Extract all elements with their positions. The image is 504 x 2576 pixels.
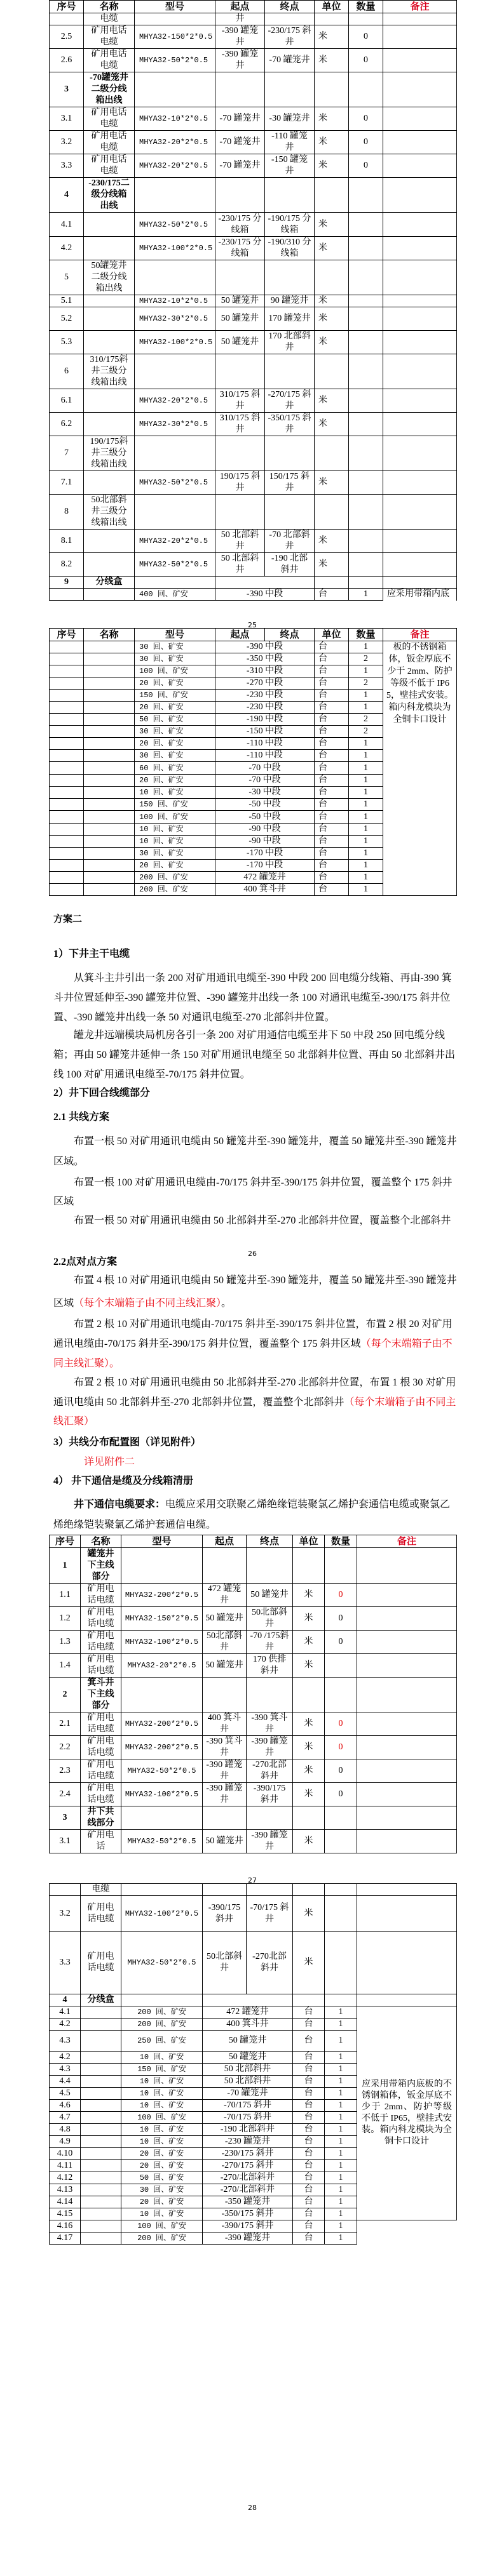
cell-remark [357, 1584, 457, 1607]
scheme2-cable-table: 序号 名称 型号 起点 终点 单位 数量 备注 1 罐笼井下主线部分 [49, 1535, 457, 1853]
section-title: 方案二 [53, 912, 458, 926]
cell-qty: 1 [349, 750, 383, 762]
section-row: 9 分线盒 [50, 577, 457, 589]
paragraph-note: （每个末端箱子由不同主线汇聚） [74, 1298, 221, 1309]
cell-model: 20 回、矿安 [121, 2196, 203, 2208]
cell-from [203, 1884, 247, 1896]
cell-to: -270北部斜井 [247, 1932, 293, 1994]
cell-qty [325, 1884, 357, 1896]
cell-to: -70 北部斜井 [265, 530, 315, 553]
cell-empty [247, 1806, 293, 1830]
cell-model: 10 回、矿安 [121, 2208, 203, 2220]
cell-name [84, 331, 135, 354]
cell-empty [349, 436, 383, 471]
cell-no [50, 811, 84, 824]
cell-from: -390 箕斗井 [203, 1736, 247, 1759]
cell-empty [293, 1548, 325, 1584]
cell-from: -230/175 分线箱 [215, 213, 265, 237]
cell-location: -90 中段 [215, 836, 315, 848]
cell-empty [215, 260, 265, 295]
cell-empty [315, 178, 349, 213]
cell-from: -70 罐笼井 [215, 154, 265, 178]
cell-unit: 米 [293, 1783, 325, 1806]
cell-no: 4.8 [50, 2124, 81, 2136]
cell-remark: 应采用带箱内底 [383, 589, 457, 601]
cell-unit: 台 [315, 589, 349, 601]
cell-section-name: 罐笼井下主线部分 [81, 1548, 121, 1584]
column-header-name: 名称 [81, 1535, 121, 1548]
cell-remark [383, 331, 457, 354]
cell-name: 矿用电话电缆 [81, 1932, 121, 1994]
cell-remark [357, 1631, 457, 1654]
cell-no: 4.1 [50, 2006, 81, 2019]
cell-remark [357, 1830, 457, 1853]
cell-name [84, 762, 135, 775]
cell-location: -270/北部斜井 [203, 2172, 293, 2184]
cell-from: 50 罐笼井 [203, 1830, 247, 1853]
cell-model: 30 回、矿安 [135, 641, 215, 653]
cell-no: 8 [50, 495, 84, 530]
cell-empty [121, 1678, 203, 1712]
cell-model: 200 回、矿安 [121, 2006, 203, 2019]
cell-qty: 1 [325, 2148, 357, 2160]
column-header-remark: 备注 [357, 1535, 457, 1548]
cell-name [84, 677, 135, 690]
table-row: 电缆 [50, 1884, 457, 1896]
paragraph: 布置一根 50 对矿用通讯电缆由 50 罐笼井至-390 罐笼井，覆盖 50 罐… [53, 1131, 458, 1172]
column-header-no: 序号 [50, 629, 84, 641]
cell-empty [383, 178, 457, 213]
cell-name: 矿用电话 [81, 1830, 121, 1853]
cell-empty [215, 354, 265, 389]
cell-empty [349, 178, 383, 213]
cell-qty: 1 [349, 872, 383, 884]
cell-empty [349, 354, 383, 389]
cell-to: -190/175 分线箱 [265, 213, 315, 237]
cell-to: -190 北部斜井 [265, 553, 315, 577]
cell-unit: 米 [293, 1584, 325, 1607]
cell-location: -350 中段 [215, 653, 315, 665]
cell-location: -350/175 斜井 [203, 2208, 293, 2220]
cell-empty [203, 1994, 293, 2006]
cell-no: 4 [50, 1994, 81, 2006]
table-row: 8.1 MHYA32-20*2*0.5 50 北部斜井 -70 北部斜井 米 [50, 530, 457, 553]
table-row: 5.3 MHYA32-100*2*0.5 50 罐笼井 170 北部斜井 米 [50, 331, 457, 354]
cell-location: 472 罐笼井 [215, 872, 315, 884]
cell-empty [293, 1806, 325, 1830]
cell-model: MHYA32-200*2*0.5 [121, 1712, 203, 1736]
paragraph: 罐龙井远端模块局机房各引一条 200 对矿用通信电缆至井下 50 中段 250 … [53, 1025, 458, 1084]
cell-model: 200 回、矿安 [135, 884, 215, 896]
page-number: 28 [240, 2504, 265, 2513]
cell-empty [247, 1678, 293, 1712]
cell-model: 50 回、矿安 [121, 2172, 203, 2184]
cell-qty: 1 [325, 2136, 357, 2148]
cell-to: -390 箕斗井 [247, 1712, 293, 1736]
cell-empty [265, 495, 315, 530]
cell-section-name: 50罐笼井二级分线箱出线 [84, 260, 135, 295]
cell-model: MHYA32-50*2*0.5 [121, 1830, 203, 1853]
table-row: 7.1 MHYA32-50*2*0.5 190/175 斜井 150/175 斜… [50, 471, 457, 495]
cell-name [84, 237, 135, 260]
cell-remark [383, 389, 457, 413]
cell-model: 30 回、矿安 [135, 750, 215, 762]
cell-to: -390/175斜井 [247, 1783, 293, 1806]
cell-remark: 应采用带箱内底板的不锈钢箱体，钣金厚底不少于 2mm、防护等级不低于 IP65，… [357, 2006, 457, 2220]
cell-name [81, 2019, 121, 2031]
cell-name [81, 2124, 121, 2136]
cell-empty [349, 495, 383, 530]
cell-remark [383, 13, 457, 25]
cell-model: 100 回、矿安 [121, 2112, 203, 2124]
cell-empty [383, 495, 457, 530]
cell-model: 200 回、矿安 [135, 872, 215, 884]
table-row: 4.1 MHYA32-50*2*0.5 -230/175 分线箱 -190/17… [50, 213, 457, 237]
cell-name [84, 787, 135, 799]
cell-qty: 1 [325, 2064, 357, 2076]
table-row: 4.16 100 回、矿安 -390/175 斜井 台 1 [50, 2220, 457, 2232]
cell-model: 20 回、矿安 [121, 2160, 203, 2172]
cell-remark [357, 1783, 457, 1806]
cell-location: -390 中段 [215, 641, 315, 653]
table-row: 4.1 200 回、矿安 472 罐笼井 台 1 应采用带箱内底板的不锈钢箱体，… [50, 2006, 457, 2019]
cell-qty: 1 [349, 799, 383, 811]
cell-no: 4.1 [50, 213, 84, 237]
cell-model [135, 13, 215, 25]
table-row: 4.17 200 回、矿安 -390 罐笼井 台 1 [50, 2232, 457, 2245]
cell-section-name: 分线盒 [81, 1994, 121, 2006]
cell-empty [349, 260, 383, 295]
column-header-remark: 备注 [383, 1, 457, 13]
table-row: 3.2 矿用电话电缆 MHYA32-100*2*0.5 -390/175 斜井 … [50, 1896, 457, 1932]
cell-to: 50北部斜井 [247, 1607, 293, 1631]
section-row: 2 箕斗井下主线部分 [50, 1678, 457, 1712]
cell-unit: 台 [293, 2148, 325, 2160]
table-row: 3.1 矿用电话 MHYA32-50*2*0.5 50 罐笼井 -390 罐笼井… [50, 1830, 457, 1853]
cell-unit [315, 13, 349, 25]
cell-remark [383, 107, 457, 131]
cell-unit: 台 [293, 2076, 325, 2088]
cell-model: MHYA32-20*2*0.5 [121, 1654, 203, 1678]
cell-qty: 2 [349, 714, 383, 726]
cell-name [81, 2184, 121, 2196]
cell-qty: 1 [349, 811, 383, 824]
cell-unit: 米 [293, 1631, 325, 1654]
cell-no [50, 775, 84, 787]
column-header-qty: 数量 [349, 629, 383, 641]
cell-empty [315, 577, 349, 589]
cell-empty [357, 1994, 457, 2006]
cell-name [84, 738, 135, 750]
cell-no: 1.3 [50, 1631, 81, 1654]
cell-model: 10 回、矿安 [135, 824, 215, 836]
paragraph-tail: 。 [221, 1298, 231, 1309]
cell-no: 4.14 [50, 2196, 81, 2208]
cell-model: 20 回、矿安 [121, 2148, 203, 2160]
cell-model: MHYA32-100*2*0.5 [135, 331, 215, 354]
cell-empty [383, 72, 457, 107]
cell-location: -230 中段 [215, 690, 315, 702]
cell-from: -390/175 斜井 [203, 1896, 247, 1932]
cell-section-name: 箕斗井下主线部分 [81, 1678, 121, 1712]
cell-unit: 台 [293, 2160, 325, 2172]
cell-qty: 1 [349, 738, 383, 750]
cell-empty [121, 1806, 203, 1830]
cell-name [84, 860, 135, 872]
cell-empty [203, 1548, 247, 1584]
cell-unit: 米 [293, 1712, 325, 1736]
cell-no [50, 787, 84, 799]
cell-location: 400 箕斗井 [203, 2019, 293, 2031]
heading-cable-inventory: 4） 井下通信是缆及分线箱清册 [53, 1474, 458, 1488]
cell-no [50, 836, 84, 848]
cell-empty [135, 436, 215, 471]
cell-no: 3 [50, 1806, 81, 1830]
table-header-row: 序号 名称 型号 起点 终点 单位 数量 备注 [50, 1535, 457, 1548]
section-row: 4 分线盒 [50, 1994, 457, 2006]
column-header-no: 序号 [50, 1535, 81, 1548]
column-header-name: 名称 [84, 1, 135, 13]
cell-unit: 米 [293, 1759, 325, 1783]
cell-to: 150/175 斜井 [265, 471, 315, 495]
cell-name [81, 2006, 121, 2019]
table-row: 2.4 矿用电话电缆 MHYA32-100*2*0.5 -390 罐笼井 -39… [50, 1783, 457, 1806]
cell-qty: 1 [349, 836, 383, 848]
cell-unit: 台 [315, 775, 349, 787]
cell-remark [383, 413, 457, 436]
cell-qty: 0 [325, 1607, 357, 1631]
cell-model: MHYA32-150*2*0.5 [135, 25, 215, 49]
cell-no [50, 750, 84, 762]
cell-name [84, 714, 135, 726]
cell-no: 4.2 [50, 2052, 81, 2064]
cell-unit: 米 [315, 530, 349, 553]
cell-unit: 台 [315, 872, 349, 884]
cell-no [50, 824, 84, 836]
cell-to: -110 罐笼井 [265, 131, 315, 154]
cell-to: -270北部斜井 [247, 1759, 293, 1783]
cell-name [81, 2031, 121, 2052]
cell-name [81, 2052, 121, 2064]
cell-name [84, 811, 135, 824]
cell-unit: 台 [293, 2088, 325, 2100]
cell-from: 190/175 斜井 [215, 471, 265, 495]
cell-model: MHYA32-50*2*0.5 [135, 213, 215, 237]
cell-to: 50 罐笼井 [247, 1584, 293, 1607]
cell-no: 4.4 [50, 2076, 81, 2088]
table-row: 6.2 MHYA32-30*2*0.5 310/175 斜井 -350/175 … [50, 413, 457, 436]
cell-qty [325, 1830, 357, 1853]
cell-qty: 1 [349, 775, 383, 787]
cell-to: -390 罐笼井 [247, 1736, 293, 1759]
cell-name [84, 471, 135, 495]
cell-from: 50北部斜井 [203, 1932, 247, 1994]
table-row: 8.2 MHYA32-50*2*0.5 50 北部斜井 -190 北部斜井 米 [50, 553, 457, 577]
cell-unit: 米 [315, 413, 349, 436]
cell-to: -30 罐笼井 [265, 107, 315, 131]
cell-empty [215, 495, 265, 530]
paragraph: 布置 4 根 10 对矿用通讯电缆由 50 罐笼井至-390 罐笼井，覆盖 50… [53, 1269, 458, 1315]
column-header-unit: 单位 [293, 1535, 325, 1548]
cell-name: 矿用电话电缆 [81, 1654, 121, 1678]
cell-empty [383, 436, 457, 471]
cell-no [50, 665, 84, 677]
section-row: 4 -230/175二级分线箱出线 [50, 178, 457, 213]
cell-qty: 2 [349, 653, 383, 665]
cell-model [121, 1884, 203, 1896]
cell-no: 7.1 [50, 471, 84, 495]
cell-model: MHYA32-10*2*0.5 [135, 107, 215, 131]
cell-from: 50 罐笼井 [203, 1654, 247, 1678]
cell-unit: 台 [293, 2220, 325, 2232]
cell-qty: 1 [325, 2076, 357, 2088]
cell-model: MHYA32-150*2*0.5 [121, 1607, 203, 1631]
cell-unit: 米 [293, 1830, 325, 1853]
cell-name: 矿用电话电缆 [84, 107, 135, 131]
cell-no: 4.12 [50, 2172, 81, 2184]
cell-no: 6.2 [50, 413, 84, 436]
cell-to: 170 北部斜井 [265, 331, 315, 354]
cell-model: MHYA32-50*2*0.5 [135, 553, 215, 577]
cell-location: -70 中段 [215, 762, 315, 775]
cell-qty: 0 [325, 1759, 357, 1783]
cell-location: 50 罐笼井 [203, 2031, 293, 2052]
cell-qty: 1 [325, 2052, 357, 2064]
cell-model: MHYA32-200*2*0.5 [121, 1584, 203, 1607]
table-row: 3.3 矿用电话电缆 MHYA32-50*2*0.5 50北部斜井 -270北部… [50, 1932, 457, 1994]
cell-qty: 0 [325, 1631, 357, 1654]
cell-no: 5.1 [50, 295, 84, 307]
cell-unit: 米 [315, 49, 349, 72]
cell-model: 20 回、矿安 [135, 738, 215, 750]
cell-no: 8.1 [50, 530, 84, 553]
cell-remark [383, 307, 457, 331]
cell-model: MHYA32-50*2*0.5 [121, 1932, 203, 1994]
cell-unit: 台 [315, 702, 349, 714]
cell-name [84, 389, 135, 413]
section-row: 3 井下共线部分 [50, 1806, 457, 1830]
cell-name [84, 848, 135, 860]
column-header-from: 起点 [203, 1535, 247, 1548]
cell-empty [315, 72, 349, 107]
cell-name [84, 653, 135, 665]
heading-point-to-point: 2.2点对点方案 [53, 1255, 458, 1269]
cell-unit: 台 [293, 2100, 325, 2112]
cell-qty: 0 [349, 25, 383, 49]
cell-qty: 1 [325, 2196, 357, 2208]
cell-name [84, 884, 135, 896]
cell-name [81, 2208, 121, 2220]
cell-name [84, 750, 135, 762]
cell-name: 矿用电话电缆 [84, 154, 135, 178]
cell-from: -70 罐笼井 [215, 107, 265, 131]
cell-no [50, 738, 84, 750]
cell-remark [357, 1736, 457, 1759]
cell-name: 矿用电话电缆 [81, 1736, 121, 1759]
table-row: 电缆 井 [50, 13, 457, 25]
cell-model: 100 回、矿安 [135, 665, 215, 677]
cell-empty [383, 577, 457, 589]
cell-qty: 2 [349, 677, 383, 690]
cell-qty: 1 [349, 860, 383, 872]
cell-unit: 台 [293, 2112, 325, 2124]
cell-empty [265, 72, 315, 107]
cell-model: MHYA32-20*2*0.5 [135, 530, 215, 553]
cell-no [50, 653, 84, 665]
cell-unit: 台 [315, 811, 349, 824]
cell-to: -70/175 斜井 [247, 1896, 293, 1932]
cell-qty: 1 [325, 2100, 357, 2112]
cell-no: 7 [50, 436, 84, 471]
cell-unit: 台 [293, 2064, 325, 2076]
cell-unit: 台 [315, 836, 349, 848]
cell-unit: 台 [315, 799, 349, 811]
cell-qty: 1 [325, 2208, 357, 2220]
cell-qty: 1 [349, 848, 383, 860]
cell-remark: 板的不锈钢箱体，钣金厚底不少于 2mm、防护等级不低于 IP65，壁挂式安装。箱… [383, 641, 457, 896]
cell-location: -230 罐笼井 [203, 2136, 293, 2148]
cell-location: -30 中段 [215, 787, 315, 799]
paragraph: 布置 2 根 10 对矿用通讯电缆由 50 北部斜井至-270 北部斜井位置，布… [53, 1373, 458, 1432]
cell-qty [325, 1896, 357, 1932]
cell-location: -50 中段 [215, 799, 315, 811]
cell-unit: 米 [315, 131, 349, 154]
cell-no [50, 762, 84, 775]
cell-unit: 米 [315, 295, 349, 307]
cell-qty: 0 [349, 131, 383, 154]
cell-name: 电缆 [81, 1884, 121, 1896]
paragraph: 从箕斗主井引出一条 200 对矿用通讯电缆至-390 中段 200 回电缆分线箱… [53, 968, 458, 1027]
cell-qty: 1 [325, 2019, 357, 2031]
table-row: 2.2 矿用电话电缆 MHYA32-200*2*0.5 -390 箕斗井 -39… [50, 1736, 457, 1759]
cell-from: 50北部斜井 [203, 1631, 247, 1654]
cell-from: 310/175 斜井 [215, 413, 265, 436]
cell-from: 50 北部斜井 [215, 553, 265, 577]
table-row: 5.1 MHYA32-10*2*0.5 50 罐笼井 90 罐笼井 米 [50, 295, 457, 307]
cell-location: 50 北部斜井 [203, 2076, 293, 2088]
cell-no: 6.1 [50, 389, 84, 413]
cell-name [84, 641, 135, 653]
column-header-model: 型号 [135, 629, 215, 641]
heading-underground-cable: 2）井下回合线缆部分 [53, 1086, 458, 1100]
cell-unit: 米 [315, 471, 349, 495]
cell-name: 矿用电话电缆 [81, 1759, 121, 1783]
cell-no [50, 848, 84, 860]
table-header-row: 序号 名称 型号 起点 终点 单位 数量 备注 [50, 1, 457, 13]
cell-name [81, 2112, 121, 2124]
cell-unit: 米 [293, 1654, 325, 1678]
cell-unit: 米 [315, 25, 349, 49]
cell-to [247, 1884, 293, 1896]
cell-name [84, 702, 135, 714]
cell-remark [357, 1607, 457, 1631]
cell-from: -390 罐笼井 [203, 1759, 247, 1783]
cell-empty [215, 577, 315, 589]
cell-qty: 0 [349, 49, 383, 72]
cell-section-name: -70罐笼井二级分线箱出线 [84, 72, 135, 107]
cell-qty: 1 [325, 2172, 357, 2184]
cell-unit: 米 [293, 1607, 325, 1631]
cell-model: MHYA32-50*2*0.5 [121, 1759, 203, 1783]
cell-empty [135, 72, 215, 107]
cell-no: 3.1 [50, 107, 84, 131]
cell-no: 4.13 [50, 2184, 81, 2196]
cell-unit: 米 [315, 389, 349, 413]
cell-empty [135, 577, 215, 589]
cell-from: 472 罐笼井 [203, 1584, 247, 1607]
cell-qty [349, 13, 383, 25]
cell-qty: 1 [325, 2031, 357, 2052]
